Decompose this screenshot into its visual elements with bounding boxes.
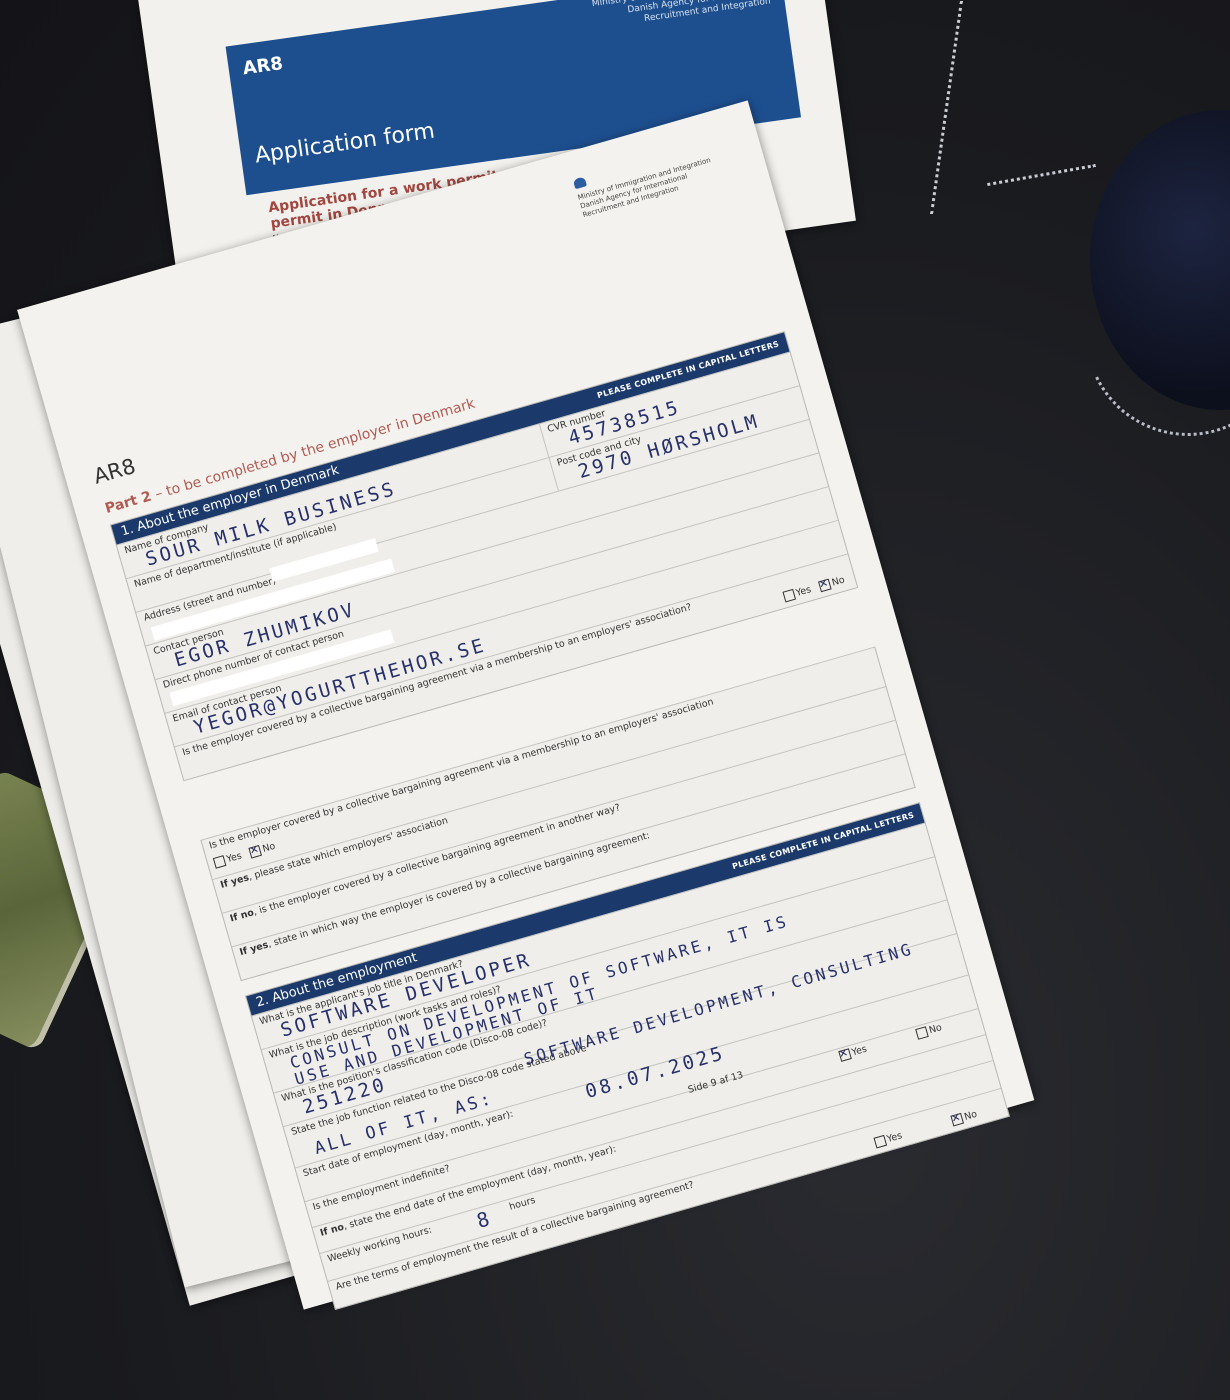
cover-title: Application form: [253, 119, 436, 169]
checkbox-association-yes[interactable]: [213, 855, 227, 869]
cover-agency: Ministry of Immigration and Integration …: [569, 0, 772, 35]
checkbox-cba-membership-no[interactable]: [818, 579, 832, 593]
checkbox-cba-terms-yes[interactable]: [873, 1135, 887, 1149]
checkbox-indefinite-no[interactable]: [915, 1026, 929, 1040]
checkbox-indefinite-yes[interactable]: [838, 1048, 852, 1062]
checkbox-cba-membership-yes[interactable]: [782, 589, 796, 603]
form-code: AR8: [91, 454, 138, 489]
checkbox-cba-terms-no[interactable]: [950, 1113, 964, 1127]
crown-crest-icon: [573, 176, 587, 189]
cover-form-code: AR8: [241, 53, 284, 79]
ministry-logo: Ministry of Immigration and Integration …: [573, 138, 729, 220]
checkbox-association-no[interactable]: [249, 845, 263, 859]
